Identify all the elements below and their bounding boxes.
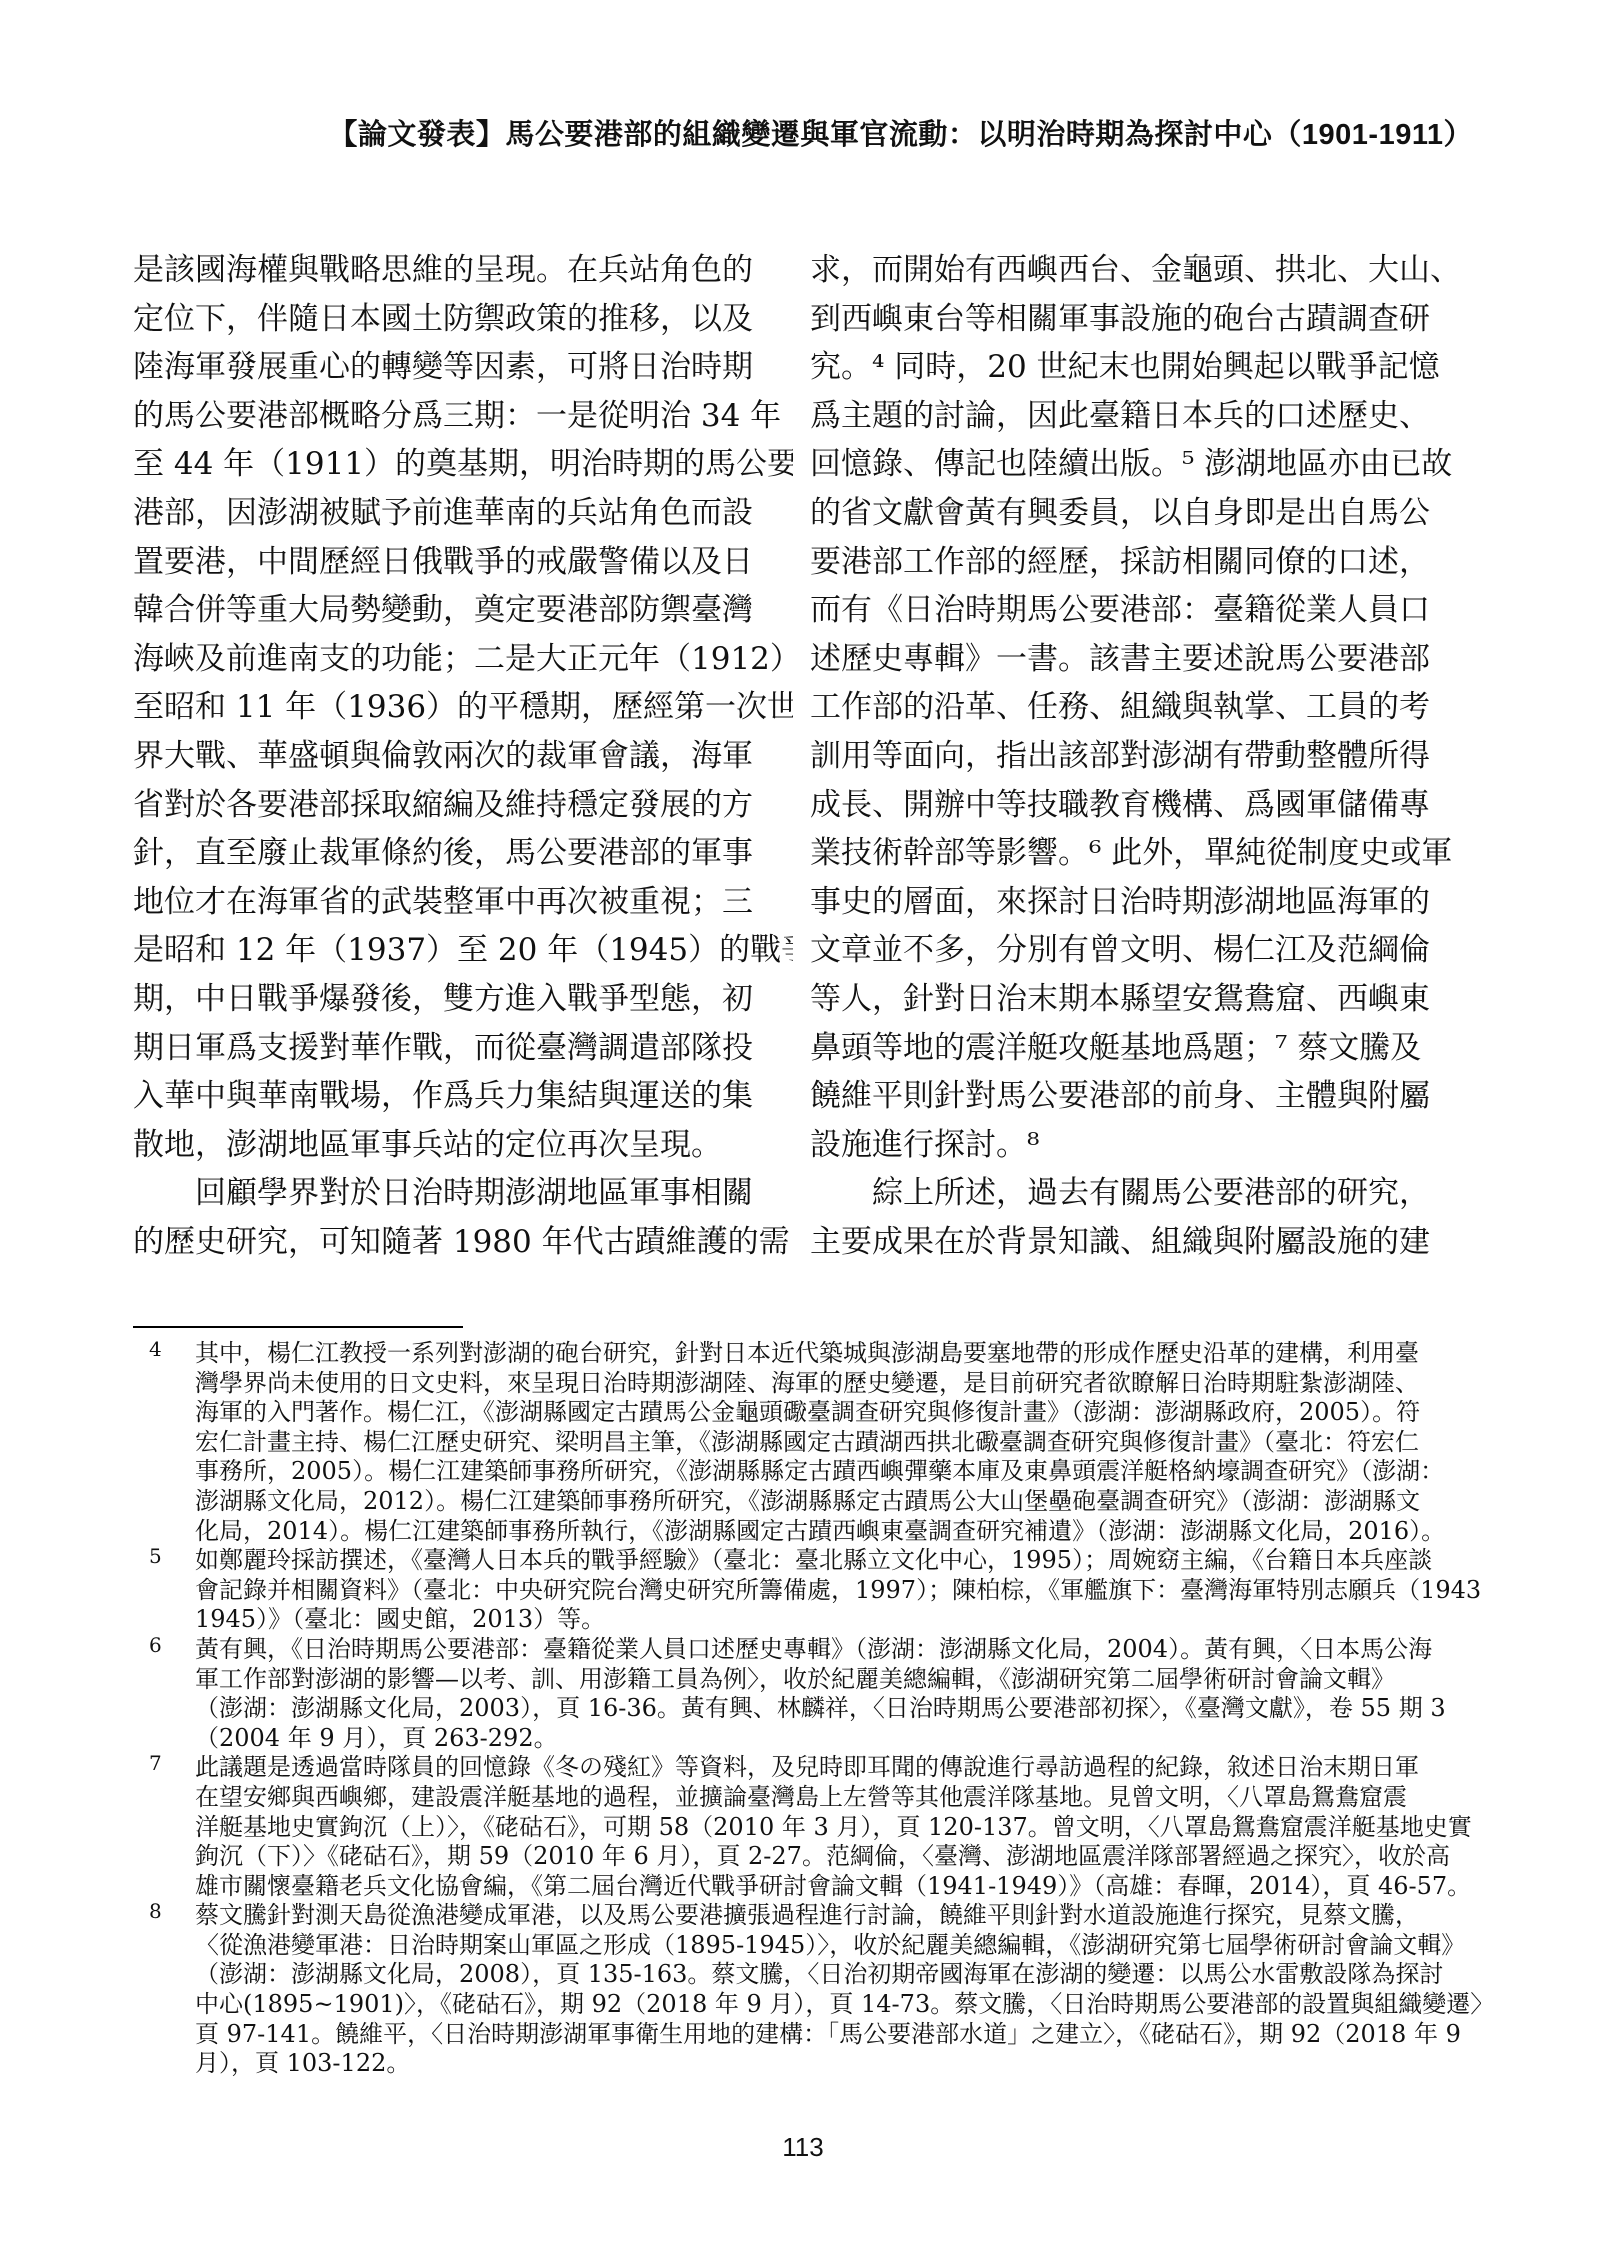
body-text-line: 地位才在海軍省的武裝整軍中再次被重視；三 (133, 878, 793, 927)
body-text-line: 韓合併等重大局勢變動，奠定要港部防禦臺灣 (133, 586, 793, 635)
footnote-text-line: 會記錄并相關資料》（臺北：中央研究院台灣史研究所籌備處，1997）；陳柏棕，《軍… (195, 1576, 1481, 1606)
body-text-line: 入華中與華南戰場，作爲兵力集結與運送的集 (133, 1072, 793, 1121)
body-text-line: 的馬公要港部概略分爲三期：一是從明治 34 年 (133, 392, 793, 441)
footnote-7: 7此議題是透過當時隊員的回憶錄《冬の殘紅》等資料，及兒時即耳聞的傳說進行尋訪過程… (133, 1753, 1481, 1901)
footnote-8: 8蔡文騰針對測天島從漁港變成軍港，以及馬公要港擴張過程進行討論，饒維平則針對水道… (133, 1901, 1481, 2079)
footnote-text-line: 黃有興，《日治時期馬公要港部：臺籍從業人員口述歷史專輯》（澎湖：澎湖縣文化局，2… (195, 1635, 1481, 1665)
footnote-number: 8 (149, 1899, 162, 1923)
body-text-line: 界大戰、華盛頓與倫敦兩次的裁軍會議，海軍 (133, 732, 793, 781)
body-text-line: 陸海軍發展重心的轉變等因素，可將日治時期 (133, 343, 793, 392)
body-text-line: 鼻頭等地的震洋艇攻艇基地爲題；⁷ 蔡文騰及 (810, 1024, 1470, 1073)
footnote-text-line: 其中，楊仁江教授一系列對澎湖的砲台研究，針對日本近代築城與澎湖島要塞地帶的形成作… (195, 1339, 1481, 1369)
footnote-text-line: 1945）》（臺北：國史館，2013）等。 (195, 1605, 1481, 1635)
body-text-line: 綜上所述，過去有關馬公要港部的研究， (810, 1169, 1470, 1218)
footnote-5: 5如鄭麗玲採訪撰述，《臺灣人日本兵的戰爭經驗》（臺北：臺北縣立文化中心，1995… (133, 1546, 1481, 1635)
footnote-text-line: 月），頁 103-122。 (195, 2049, 1481, 2079)
footnote-text-line: 〈從漁港變軍港：日治時期案山軍區之形成（1895-1945）〉，收於紀麗美總編輯… (195, 1931, 1481, 1961)
body-text-line: 業技術幹部等影響。⁶ 此外，單純從制度史或軍 (810, 829, 1470, 878)
body-text-line: 散地，澎湖地區軍事兵站的定位再次呈現。 (133, 1121, 793, 1170)
footnote-text-line: 洋艇基地史實鉤沉（上）〉，《硓𥑮石》，可期 58（2010 年 3 月），頁 1… (195, 1813, 1481, 1843)
footnote-text-line: 蔡文騰針對測天島從漁港變成軍港，以及馬公要港擴張過程進行討論，饒維平則針對水道設… (195, 1901, 1481, 1931)
body-text-line: 主要成果在於背景知識、組織與附屬設施的建 (810, 1218, 1470, 1267)
body-text-line: 而有《日治時期馬公要港部：臺籍從業人員口 (810, 586, 1470, 635)
body-text-line: 訓用等面向，指出該部對澎湖有帶動整體所得 (810, 732, 1470, 781)
body-text-line: 省對於各要港部採取縮編及維持穩定發展的方 (133, 781, 793, 830)
footnotes-section: 4其中，楊仁江教授一系列對澎湖的砲台研究，針對日本近代築城與澎湖島要塞地帶的形成… (133, 1339, 1481, 2079)
footnote-text-line: 在望安鄉與西嶼鄉，建設震洋艇基地的過程，並擴論臺灣島上左營等其他震洋隊基地。見曾… (195, 1783, 1481, 1813)
body-text-line: 的省文獻會黃有興委員，以自身即是出自馬公 (810, 489, 1470, 538)
footnote-text-line: 頁 97-141。饒維平，〈日治時期澎湖軍事衛生用地的建構：「馬公要港部水道」之… (195, 2020, 1481, 2050)
footnote-6: 6黃有興，《日治時期馬公要港部：臺籍從業人員口述歷史專輯》（澎湖：澎湖縣文化局，… (133, 1635, 1481, 1753)
footnote-text-line: 灣學界尚未使用的日文史料，來呈現日治時期澎湖陸、海軍的歷史變遷，是目前研究者欲瞭… (195, 1369, 1481, 1399)
footnote-text-line: （2004 年 9 月），頁 263-292。 (195, 1724, 1481, 1754)
footnote-text-line: 如鄭麗玲採訪撰述，《臺灣人日本兵的戰爭經驗》（臺北：臺北縣立文化中心，1995）… (195, 1546, 1481, 1576)
body-text-line: 的歷史研究，可知隨著 1980 年代古蹟維護的需 (133, 1218, 793, 1267)
body-columns: 是該國海權與戰略思維的呈現。在兵站角色的定位下，伴隨日本國土防禦政策的推移，以及… (133, 246, 1473, 1266)
footnote-text-line: （澎湖：澎湖縣文化局，2008），頁 135-163。蔡文騰，〈日治初期帝國海軍… (195, 1960, 1481, 1990)
body-text-line: 事史的層面，來探討日治時期澎湖地區海軍的 (810, 878, 1470, 927)
footnote-number: 6 (149, 1633, 162, 1657)
running-head: 【論文發表】馬公要港部的組織變遷與軍官流動：以明治時期為探討中心（1901-19… (133, 112, 1473, 153)
footnote-number: 4 (149, 1337, 162, 1361)
footnote-text-line: 雄市關懷臺籍老兵文化協會編，《第二屆台灣近代戰爭研討會論文輯（1941-1949… (195, 1872, 1481, 1902)
footnote-separator (133, 1326, 463, 1328)
footnote-number: 5 (149, 1544, 162, 1568)
body-text-line: 饒維平則針對馬公要港部的前身、主體與附屬 (810, 1072, 1470, 1121)
body-text-line: 港部，因澎湖被賦予前進華南的兵站角色而設 (133, 489, 793, 538)
footnote-text-line: 鉤沉（下）〉《硓𥑮石》，期 59（2010 年 6 月），頁 2-27。范綱倫，… (195, 1842, 1481, 1872)
body-text-line: 海峽及前進南支的功能；二是大正元年（1912） (133, 635, 793, 684)
footnote-4: 4其中，楊仁江教授一系列對澎湖的砲台研究，針對日本近代築城與澎湖島要塞地帶的形成… (133, 1339, 1481, 1546)
page-number: 113 (133, 2132, 1473, 2163)
body-text-line: 是昭和 12 年（1937）至 20 年（1945）的戰爭 (133, 926, 793, 975)
footnote-number: 7 (149, 1751, 162, 1775)
footnote-text-line: 軍工作部對澎湖的影響—以考、訓、用澎籍工員為例〉，收於紀麗美總編輯，《澎湖研究第… (195, 1665, 1481, 1695)
body-text-line: 回顧學界對於日治時期澎湖地區軍事相關 (133, 1169, 793, 1218)
body-text-line: 置要港，中間歷經日俄戰爭的戒嚴警備以及日 (133, 538, 793, 587)
body-text-line: 至昭和 11 年（1936）的平穩期，歷經第一次世 (133, 683, 793, 732)
body-text-line: 文章並不多，分別有曾文明、楊仁江及范綱倫 (810, 926, 1470, 975)
body-text-line: 述歷史專輯》一書。該書主要述說馬公要港部 (810, 635, 1470, 684)
body-text-line: 是該國海權與戰略思維的呈現。在兵站角色的 (133, 246, 793, 295)
body-text-line: 究。⁴ 同時，20 世紀末也開始興起以戰爭記憶 (810, 343, 1470, 392)
body-text-line: 至 44 年（1911）的奠基期，明治時期的馬公要 (133, 440, 793, 489)
body-text-line: 成長、開辦中等技職教育機構、爲國軍儲備專 (810, 781, 1470, 830)
body-text-line: 工作部的沿革、任務、組織與執掌、工員的考 (810, 683, 1470, 732)
document-page: 【論文發表】馬公要港部的組織變遷與軍官流動：以明治時期為探討中心（1901-19… (0, 0, 1600, 2263)
footnote-text-line: 澎湖縣文化局，2012）。楊仁江建築師事務所研究，《澎湖縣縣定古蹟馬公大山堡壘砲… (195, 1487, 1481, 1517)
footnote-text-line: 此議題是透過當時隊員的回憶錄《冬の殘紅》等資料，及兒時即耳聞的傳說進行尋訪過程的… (195, 1753, 1481, 1783)
footnote-text-line: 中心(1895~1901)〉，《硓𥑮石》，期 92（2018 年 9 月），頁 … (195, 1990, 1481, 2020)
footnote-text-line: （澎湖：澎湖縣文化局，2003），頁 16-36。黃有興、林麟祥，〈日治時期馬公… (195, 1694, 1481, 1724)
footnote-text-line: 宏仁計畫主持、楊仁江歷史研究、梁明昌主筆，《澎湖縣國定古蹟湖西拱北礮臺調查研究與… (195, 1428, 1481, 1458)
body-text-line: 針，直至廢止裁軍條約後，馬公要港部的軍事 (133, 829, 793, 878)
body-text-line: 要港部工作部的經歷，採訪相關同僚的口述， (810, 538, 1470, 587)
body-text-line: 到西嶼東台等相關軍事設施的砲台古蹟調查研 (810, 295, 1470, 344)
body-text-line: 等人，針對日治末期本縣望安鴛鴦窟、西嶼東 (810, 975, 1470, 1024)
body-text-line: 設施進行探討。⁸ (810, 1121, 1470, 1170)
body-left-column: 是該國海權與戰略思維的呈現。在兵站角色的定位下，伴隨日本國土防禦政策的推移，以及… (133, 246, 793, 1266)
body-text-line: 定位下，伴隨日本國土防禦政策的推移，以及 (133, 295, 793, 344)
body-text-line: 期，中日戰爭爆發後，雙方進入戰爭型態，初 (133, 975, 793, 1024)
footnote-text-line: 事務所，2005）。楊仁江建築師事務所研究，《澎湖縣縣定古蹟西嶼彈藥本庫及東鼻頭… (195, 1457, 1481, 1487)
body-right-column: 求，而開始有西嶼西台、金龜頭、拱北、大山、到西嶼東台等相關軍事設施的砲台古蹟調查… (810, 246, 1470, 1266)
body-text-line: 爲主題的討論，因此臺籍日本兵的口述歷史、 (810, 392, 1470, 441)
body-text-line: 回憶錄、傳記也陸續出版。⁵ 澎湖地區亦由已故 (810, 440, 1470, 489)
body-text-line: 求，而開始有西嶼西台、金龜頭、拱北、大山、 (810, 246, 1470, 295)
footnote-text-line: 化局，2014）。楊仁江建築師事務所執行，《澎湖縣國定古蹟西嶼東臺調查研究補遺》… (195, 1517, 1481, 1547)
body-text-line: 期日軍爲支援對華作戰，而從臺灣調遣部隊投 (133, 1024, 793, 1073)
footnote-text-line: 海軍的入門著作。楊仁江，《澎湖縣國定古蹟馬公金龜頭礮臺調查研究與修復計畫》（澎湖… (195, 1398, 1481, 1428)
